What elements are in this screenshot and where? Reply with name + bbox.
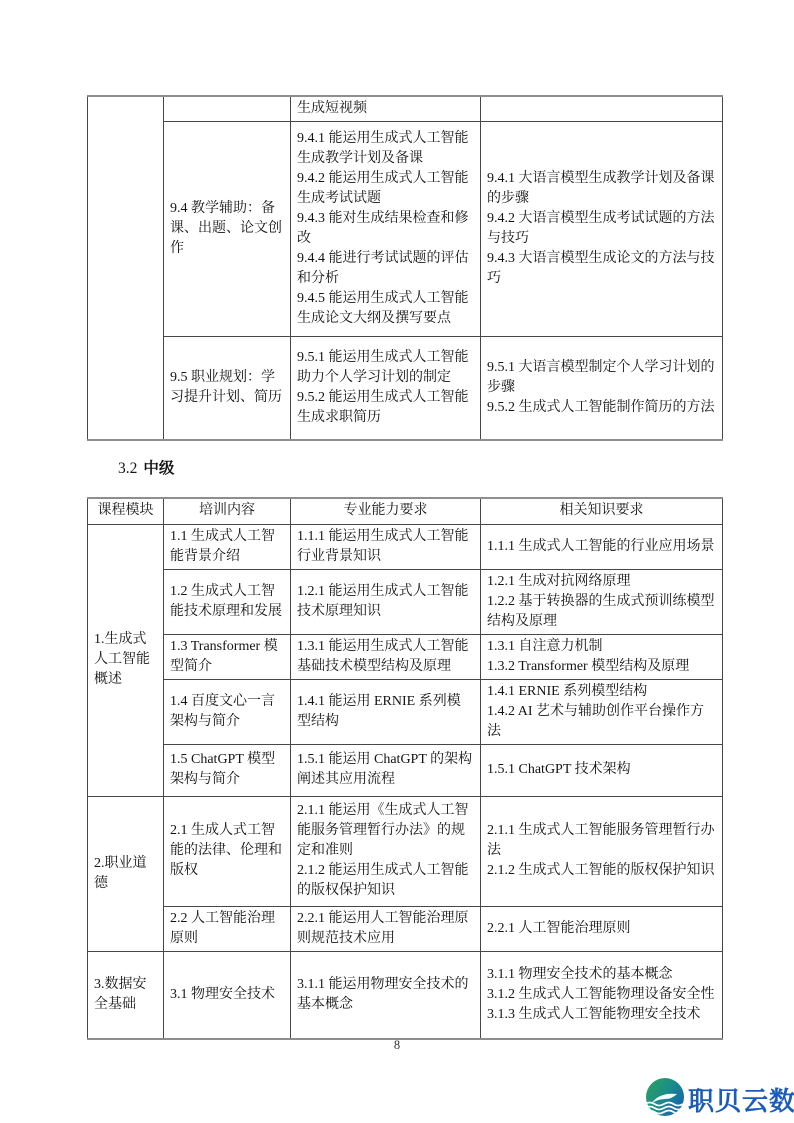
knowledge-line: 9.4.3 大语言模型生成论文的方法与技巧 [487,249,716,289]
training-line: 2.2 人工智能治理原则 [170,909,284,949]
globe-wave-logo-icon [646,1078,684,1121]
skill-line: 9.4.2 能运用生成式人工智能生成考试试题 [297,169,474,209]
knowledge-cell: 2.1.1 生成式人工智能服务管理暂行办法 2.1.2 生成式人工智能的版权保护… [481,796,723,906]
knowledge-line: 1.2.2 基于转换器的生成式预训练模型结构及原理 [487,592,716,632]
table-row: 生成短视频 [88,96,723,122]
knowledge-line: 2.1.1 生成式人工智能服务管理暂行办法 [487,821,716,861]
training-line: 3.1 物理安全技术 [170,985,284,1005]
knowledge-line: 1.4.1 ERNIE 系列模型结构 [487,682,716,702]
module-cell-empty [88,96,164,440]
training-line: 2.1 生成人式工智能的法律、伦理和版权 [170,821,284,881]
knowledge-line: 1.2.1 生成对抗网络原理 [487,572,716,592]
skill-line: 1.2.1 能运用生成式人工智能技术原理知识 [297,582,474,622]
knowledge-line: 1.3.1 自注意力机制 [487,637,716,657]
skill-line: 9.4.5 能运用生成式人工智能生成论文大纲及撰写要点 [297,289,474,329]
skill-line: 9.4.1 能运用生成式人工智能生成教学计划及备课 [297,129,474,169]
skill-cell: 1.5.1 能运用 ChatGPT 的架构阐述其应用流程 [291,744,481,796]
knowledge-line: 1.4.2 AI 艺术与辅助创作平台操作方法 [487,702,716,742]
knowledge-cell: 3.1.1 物理安全技术的基本概念 3.1.2 生成式人工智能物理设备安全性 3… [481,951,723,1039]
table-row: 3.数据安全基础 3.1 物理安全技术 3.1.1 能运用物理安全技术的基本概念… [88,951,723,1039]
table-row: 1.2 生成式人工智能技术原理和发展 1.2.1 能运用生成式人工智能技术原理知… [88,569,723,634]
knowledge-line: 2.2.1 人工智能治理原则 [487,919,716,939]
knowledge-line: 3.1.3 生成式人工智能物理安全技术 [487,1005,716,1025]
training-cell-empty [164,96,291,122]
training-line: 9.4 教学辅助：备课、出题、论文创作 [170,199,284,259]
skill-line: 1.5.1 能运用 ChatGPT 的架构阐述其应用流程 [297,750,474,790]
logo-text: 职贝云数 [688,1081,794,1118]
skill-cell: 1.3.1 能运用生成式人工智能基础技术模型结构及原理 [291,634,481,679]
skill-cell: 9.5.1 能运用生成式人工智能助力个人学习计划的制定 9.5.2 能运用生成式… [291,337,481,440]
training-cell: 1.4 百度文心一言架构与简介 [164,679,291,744]
skill-line: 9.4.4 能进行考试试题的评估和分析 [297,249,474,289]
knowledge-line: 3.1.2 生成式人工智能物理设备安全性 [487,985,716,1005]
section-title: 中级 [143,460,174,477]
skill-line: 2.1.2 能运用生成式人工智能的版权保护知识 [297,861,474,901]
skill-line: 1.4.1 能运用 ERNIE 系列模型结构 [297,692,474,732]
knowledge-cell: 9.5.1 大语言模型制定个人学习计划的步骤 9.5.2 生成式人工智能制作简历… [481,337,723,440]
knowledge-cell: 1.1.1 生成式人工智能的行业应用场景 [481,524,723,569]
knowledge-line: 9.5.2 生成式人工智能制作简历的方法 [487,398,716,418]
intermediate-curriculum-table: 课程模块 培训内容 专业能力要求 相关知识要求 1.生成式人工智能概述 1.1 … [87,497,723,1040]
training-cell: 1.3 Transformer 模型简介 [164,634,291,679]
knowledge-line: 1.3.2 Transformer 模型结构及原理 [487,657,716,677]
knowledge-cell: 2.2.1 人工智能治理原则 [481,906,723,951]
table-header-row: 课程模块 培训内容 专业能力要求 相关知识要求 [88,498,723,524]
knowledge-cell-empty [481,96,723,122]
training-cell: 1.5 ChatGPT 模型架构与简介 [164,744,291,796]
section-number: 3.2 [118,460,137,477]
table-row: 1.生成式人工智能概述 1.1 生成式人工智能背景介绍 1.1.1 能运用生成式… [88,524,723,569]
module-cell: 1.生成式人工智能概述 [88,524,164,796]
training-cell: 9.4 教学辅助：备课、出题、论文创作 [164,122,291,337]
knowledge-line: 1.1.1 生成式人工智能的行业应用场景 [487,537,716,557]
module-cell: 3.数据安全基础 [88,951,164,1039]
company-logo: 职贝云数 [646,1078,794,1121]
knowledge-cell: 9.4.1 大语言模型生成教学计划及备课的步骤 9.4.2 大语言模型生成考试试… [481,122,723,337]
curriculum-table-continued: 生成短视频 9.4 教学辅助：备课、出题、论文创作 9.4.1 能运用生成式人工… [87,95,723,441]
table-row: 1.3 Transformer 模型简介 1.3.1 能运用生成式人工智能基础技… [88,634,723,679]
skill-line: 9.5.2 能运用生成式人工智能生成求职简历 [297,388,474,428]
skill-line: 2.1.1 能运用《生成式人工智能服务管理暂行办法》的规定和准则 [297,801,474,861]
knowledge-line: 3.1.1 物理安全技术的基本概念 [487,965,716,985]
header-skill-requirements: 专业能力要求 [291,498,481,524]
training-line: 1.2 生成式人工智能技术原理和发展 [170,582,284,622]
table-row: 2.职业道德 2.1 生成人式工智能的法律、伦理和版权 2.1.1 能运用《生成… [88,796,723,906]
training-cell: 2.1 生成人式工智能的法律、伦理和版权 [164,796,291,906]
training-line: 1.1 生成式人工智能背景介绍 [170,527,284,567]
knowledge-line: 1.5.1 ChatGPT 技术架构 [487,760,716,780]
header-course-module: 课程模块 [88,498,164,524]
skill-line: 1.3.1 能运用生成式人工智能基础技术模型结构及原理 [297,637,474,677]
training-cell: 3.1 物理安全技术 [164,951,291,1039]
skill-line: 生成短视频 [297,99,474,119]
knowledge-line: 9.4.1 大语言模型生成教学计划及备课的步骤 [487,169,716,209]
table-row: 9.5 职业规划：学习提升计划、简历 9.5.1 能运用生成式人工智能助力个人学… [88,337,723,440]
module-name: 3.数据安全基础 [94,975,157,1015]
training-cell: 9.5 职业规划：学习提升计划、简历 [164,337,291,440]
knowledge-line: 9.4.2 大语言模型生成考试试题的方法与技巧 [487,209,716,249]
skill-line: 2.2.1 能运用人工智能治理原则规范技术应用 [297,909,474,949]
knowledge-cell: 1.3.1 自注意力机制 1.3.2 Transformer 模型结构及原理 [481,634,723,679]
knowledge-cell: 1.2.1 生成对抗网络原理 1.2.2 基于转换器的生成式预训练模型结构及原理 [481,569,723,634]
skill-line: 9.5.1 能运用生成式人工智能助力个人学习计划的制定 [297,348,474,388]
knowledge-cell: 1.4.1 ERNIE 系列模型结构 1.4.2 AI 艺术与辅助创作平台操作方… [481,679,723,744]
knowledge-line: 2.1.2 生成式人工智能的版权保护知识 [487,861,716,881]
table-row: 2.2 人工智能治理原则 2.2.1 能运用人工智能治理原则规范技术应用 2.2… [88,906,723,951]
training-line: 9.5 职业规划：学习提升计划、简历 [170,368,284,408]
skill-cell: 9.4.1 能运用生成式人工智能生成教学计划及备课 9.4.2 能运用生成式人工… [291,122,481,337]
training-line: 1.3 Transformer 模型简介 [170,637,284,677]
module-name: 2.职业道德 [94,854,157,894]
table-row: 9.4 教学辅助：备课、出题、论文创作 9.4.1 能运用生成式人工智能生成教学… [88,122,723,337]
document-page: 生成短视频 9.4 教学辅助：备课、出题、论文创作 9.4.1 能运用生成式人工… [0,0,794,1123]
skill-line: 9.4.3 能对生成结果检查和修改 [297,209,474,249]
section-heading: 3.2中级 [118,458,174,480]
module-cell: 2.职业道德 [88,796,164,951]
training-line: 1.4 百度文心一言架构与简介 [170,692,284,732]
skill-cell: 1.2.1 能运用生成式人工智能技术原理知识 [291,569,481,634]
module-name: 1.生成式人工智能概述 [94,630,157,690]
page-number: 8 [0,1038,794,1053]
training-line: 1.5 ChatGPT 模型架构与简介 [170,750,284,790]
table-row: 1.5 ChatGPT 模型架构与简介 1.5.1 能运用 ChatGPT 的架… [88,744,723,796]
skill-cell: 2.1.1 能运用《生成式人工智能服务管理暂行办法》的规定和准则 2.1.2 能… [291,796,481,906]
header-training-content: 培训内容 [164,498,291,524]
skill-line: 1.1.1 能运用生成式人工智能行业背景知识 [297,527,474,567]
table-row: 1.4 百度文心一言架构与简介 1.4.1 能运用 ERNIE 系列模型结构 1… [88,679,723,744]
training-cell: 1.2 生成式人工智能技术原理和发展 [164,569,291,634]
skill-cell: 生成短视频 [291,96,481,122]
knowledge-cell: 1.5.1 ChatGPT 技术架构 [481,744,723,796]
training-cell: 2.2 人工智能治理原则 [164,906,291,951]
skill-line: 3.1.1 能运用物理安全技术的基本概念 [297,975,474,1015]
header-knowledge-requirements: 相关知识要求 [481,498,723,524]
knowledge-line: 9.5.1 大语言模型制定个人学习计划的步骤 [487,358,716,398]
skill-cell: 3.1.1 能运用物理安全技术的基本概念 [291,951,481,1039]
skill-cell: 1.1.1 能运用生成式人工智能行业背景知识 [291,524,481,569]
training-cell: 1.1 生成式人工智能背景介绍 [164,524,291,569]
skill-cell: 1.4.1 能运用 ERNIE 系列模型结构 [291,679,481,744]
skill-cell: 2.2.1 能运用人工智能治理原则规范技术应用 [291,906,481,951]
